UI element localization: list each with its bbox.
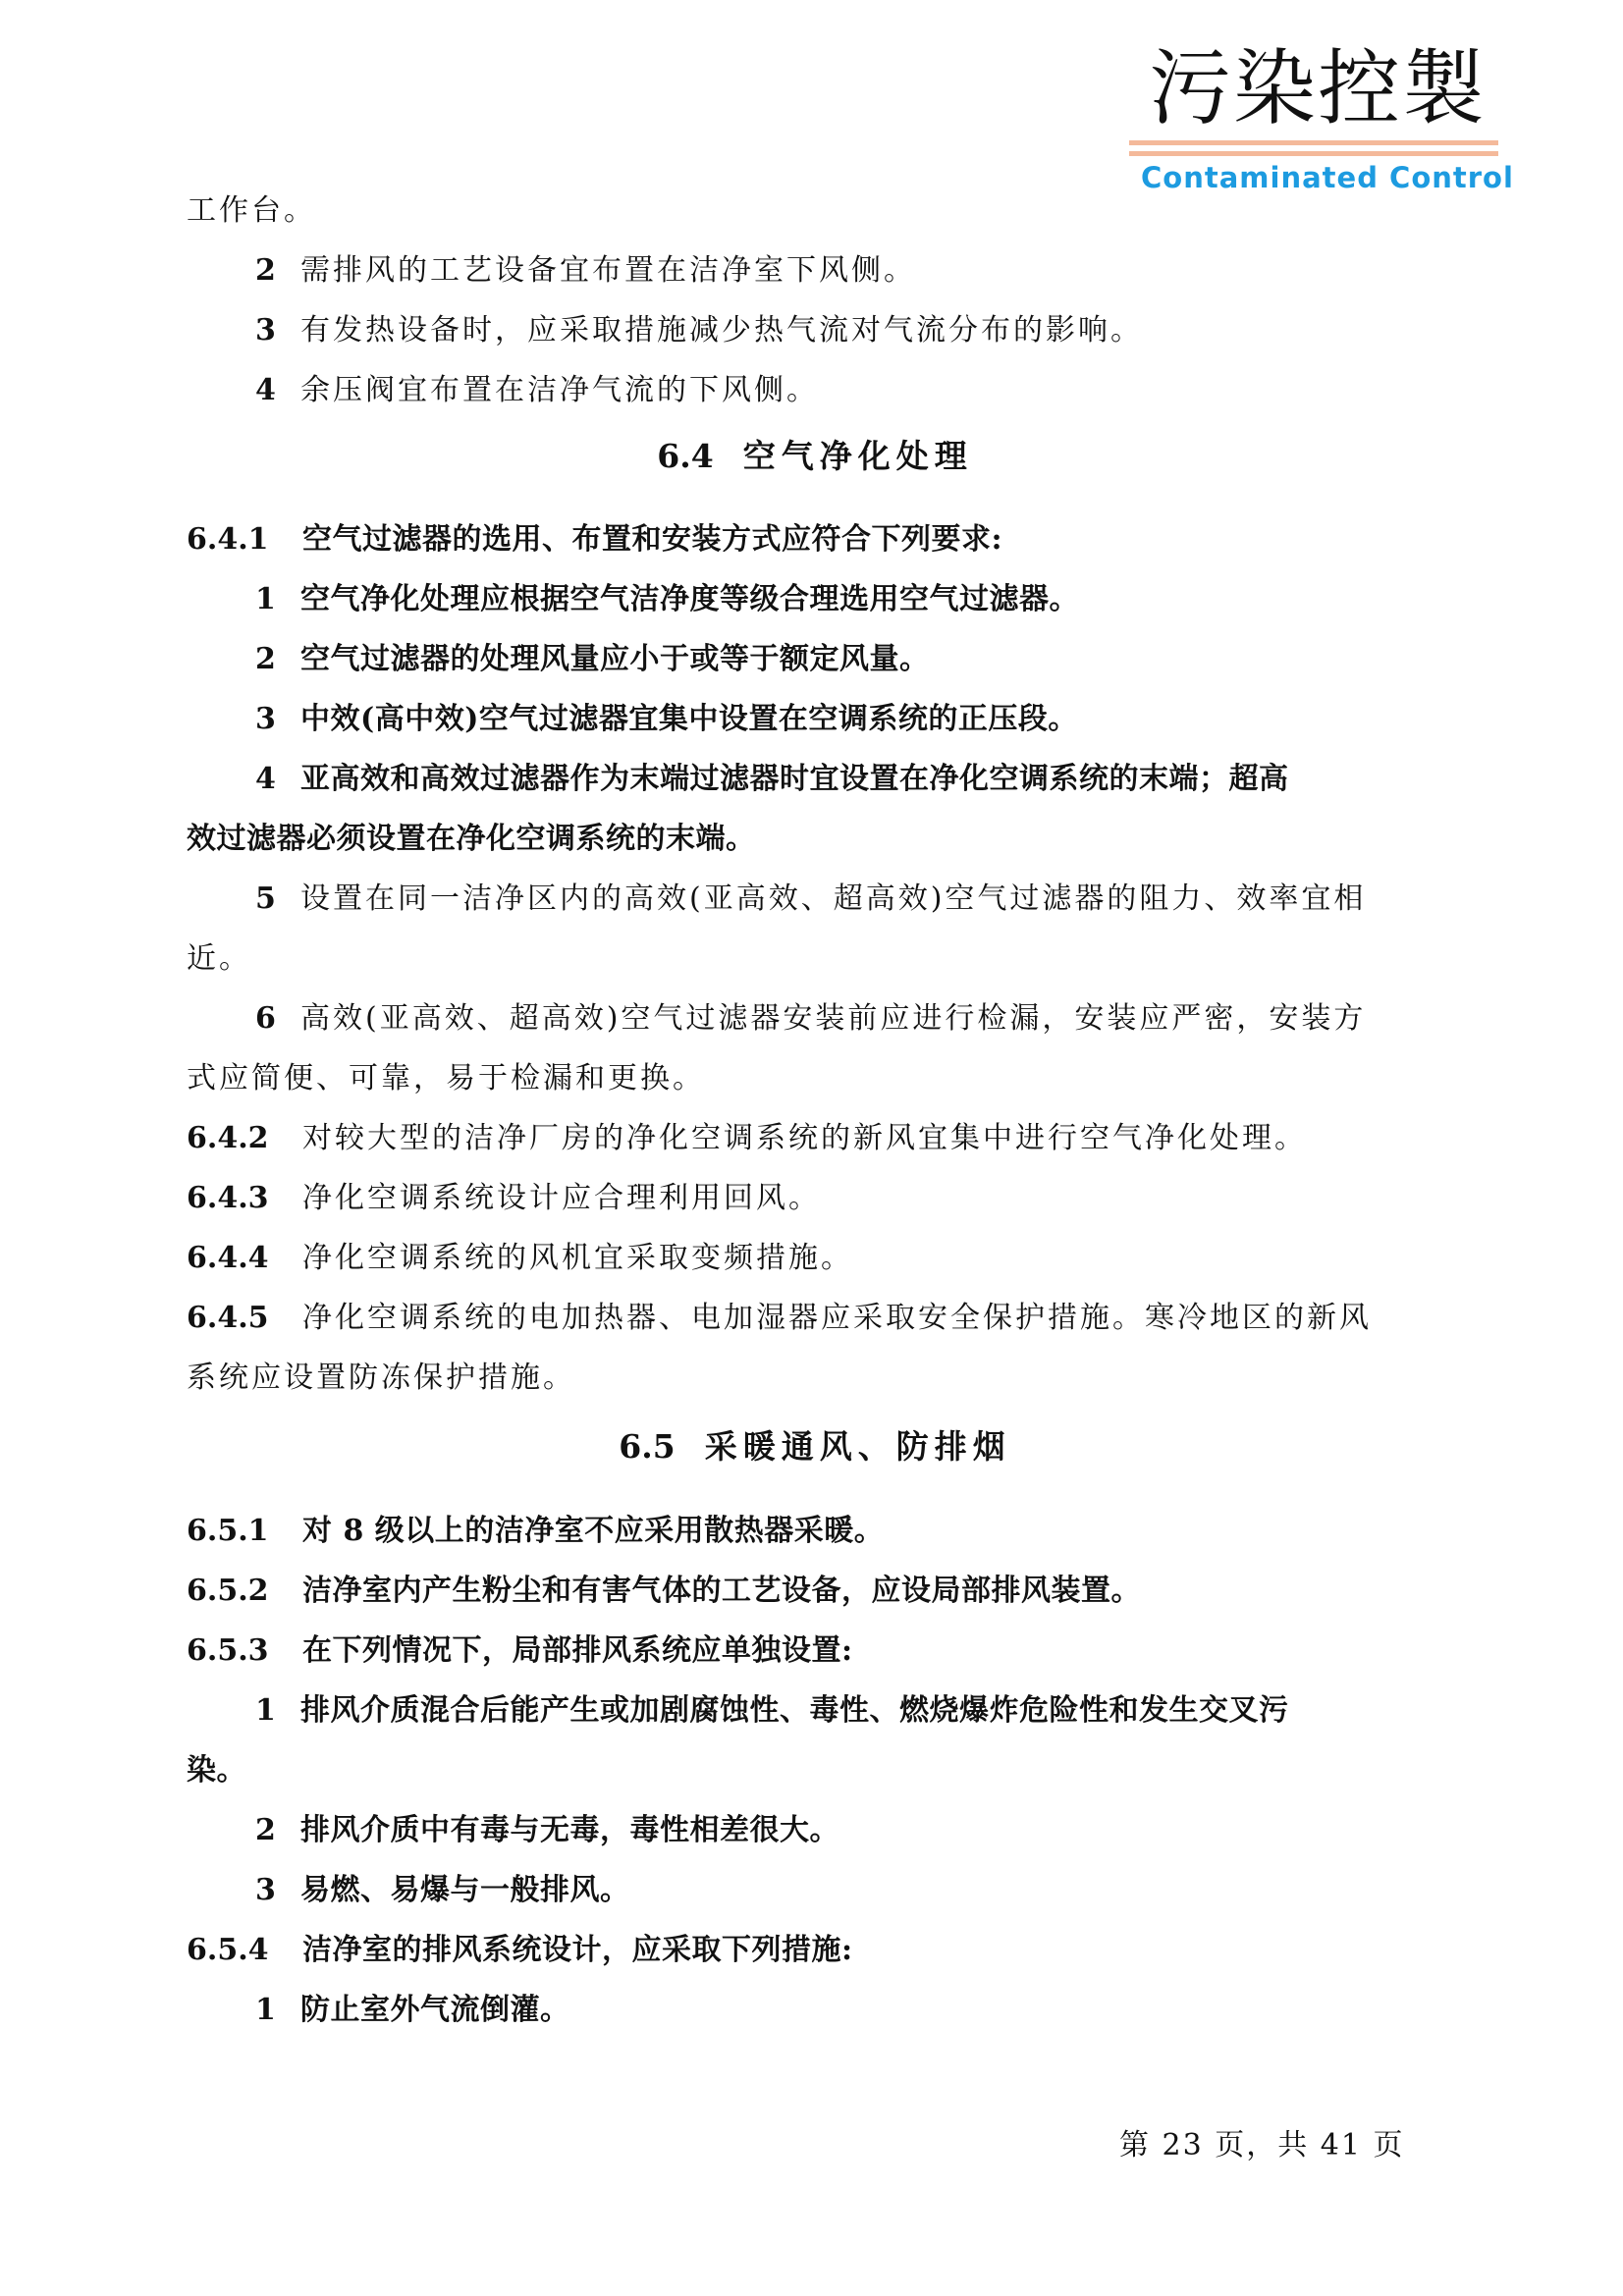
- section-number: 6.5: [619, 1427, 675, 1466]
- item-number: 2: [255, 251, 300, 291]
- item-number: 6: [255, 999, 300, 1039]
- item-text: 有发热设备时，应采取措施减少热气流对气流分布的影响。: [300, 313, 1143, 347]
- clause-number: 6.4.3: [187, 1179, 302, 1218]
- clause-6-4-5: 6.4.5净化空调系统的电加热器、电加湿器应采取安全保护措施。寒冷地区的新风: [187, 1299, 1372, 1338]
- item-number: 3: [255, 1871, 300, 1910]
- clause-text: 净化空调系统的风机宜采取变频措施。: [302, 1241, 853, 1275]
- clause-text: 净化空调系统设计应合理利用回风。: [302, 1181, 821, 1215]
- logo-english-text: Contaminated Control: [1141, 161, 1514, 194]
- clause-number: 6.5.1: [187, 1512, 302, 1551]
- item-number: 4: [255, 760, 300, 799]
- item-text: 防止室外气流倒灌。: [300, 1993, 570, 2027]
- item-number: 3: [255, 311, 300, 350]
- item-number: 1: [255, 1691, 300, 1731]
- item-number: 2: [255, 640, 300, 679]
- item-text: 设置在同一洁净区内的高效(亚高效、超高效)空气过滤器的阻力、效率宜相: [300, 881, 1366, 916]
- item-text: 中效(高中效)空气过滤器宜集中设置在空调系统的正压段。: [300, 702, 1078, 736]
- list-item: 2空气过滤器的处理风量应小于或等于额定风量。: [255, 640, 930, 679]
- list-item: 1防止室外气流倒灌。: [255, 1991, 570, 2030]
- clause-text: 对 8 级以上的洁净室不应采用散热器采暖。: [302, 1514, 884, 1548]
- item-text: 空气净化处理应根据空气洁净度等级合理选用空气过滤器。: [300, 582, 1079, 616]
- section-title: 空气净化处理: [743, 437, 973, 475]
- section-number: 6.4: [657, 437, 713, 475]
- list-item-continuation: 近。: [187, 939, 251, 979]
- clause-text: 对较大型的洁净厂房的净化空调系统的新风宜集中进行空气净化处理。: [302, 1121, 1307, 1155]
- list-item: 1空气净化处理应根据空气洁净度等级合理选用空气过滤器。: [255, 580, 1079, 619]
- item-text: 排风介质混合后能产生或加剧腐蚀性、毒性、燃烧爆炸危险性和发生交叉污: [300, 1693, 1289, 1728]
- clause-6-4-1: 6.4.1空气过滤器的选用、布置和安装方式应符合下列要求:: [187, 520, 1002, 560]
- clause-6-5-1: 6.5.1对 8 级以上的洁净室不应采用散热器采暖。: [187, 1512, 884, 1551]
- list-item: 6高效(亚高效、超高效)空气过滤器安装前应进行检漏，安装应严密，安装方: [255, 999, 1366, 1039]
- list-item: 3易燃、易爆与一般排风。: [255, 1871, 630, 1910]
- list-item: 3中效(高中效)空气过滤器宜集中设置在空调系统的正压段。: [255, 700, 1078, 739]
- item-number: 3: [255, 700, 300, 739]
- clause-text: 空气过滤器的选用、布置和安装方式应符合下列要求:: [302, 522, 1002, 557]
- item-text: 排风介质中有毒与无毒，毒性相差很大。: [300, 1813, 839, 1847]
- clause-6-5-2: 6.5.2洁净室内产生粉尘和有害气体的工艺设备，应设局部排风装置。: [187, 1572, 1141, 1611]
- item-text: 高效(亚高效、超高效)空气过滤器安装前应进行检漏，安装应严密，安装方: [300, 1001, 1366, 1036]
- section-title: 采暖通风、防排烟: [705, 1427, 1011, 1466]
- list-item: 4亚高效和高效过滤器作为末端过滤器时宜设置在净化空调系统的末端；超高: [255, 760, 1289, 799]
- section-heading-6-4: 6.4空气净化处理: [187, 435, 1443, 478]
- list-item: 1排风介质混合后能产生或加剧腐蚀性、毒性、燃烧爆炸危险性和发生交叉污: [255, 1691, 1289, 1731]
- logo-divider-line: [1129, 151, 1498, 156]
- clause-number: 6.4.2: [187, 1119, 302, 1158]
- clause-number: 6.4.5: [187, 1299, 302, 1338]
- item-number: 5: [255, 880, 300, 919]
- list-item: 3有发热设备时，应采取措施减少热气流对气流分布的影响。: [255, 311, 1143, 350]
- list-item-continuation: 效过滤器必须设置在净化空调系统的末端。: [187, 820, 756, 859]
- page-number: 第 23 页，共 41 页: [1119, 2120, 1405, 2163]
- item-text: 空气过滤器的处理风量应小于或等于额定风量。: [300, 642, 930, 676]
- list-item-continuation: 染。: [187, 1751, 246, 1790]
- clause-6-4-4: 6.4.4净化空调系统的风机宜采取变频措施。: [187, 1239, 853, 1278]
- clause-text: 在下列情况下，局部排风系统应单独设置:: [302, 1633, 853, 1668]
- clause-6-4-2: 6.4.2对较大型的洁净厂房的净化空调系统的新风宜集中进行空气净化处理。: [187, 1119, 1307, 1158]
- list-item: 2排风介质中有毒与无毒，毒性相差很大。: [255, 1811, 839, 1850]
- list-item-continuation: 式应简便、可靠，易于检漏和更换。: [187, 1059, 705, 1098]
- clause-6-4-3: 6.4.3净化空调系统设计应合理利用回风。: [187, 1179, 821, 1218]
- item-text: 亚高效和高效过滤器作为末端过滤器时宜设置在净化空调系统的末端；超高: [300, 762, 1289, 796]
- section-heading-6-5: 6.5采暖通风、防排烟: [187, 1425, 1443, 1468]
- clause-text: 净化空调系统的电加热器、电加湿器应采取安全保护措施。寒冷地区的新风: [302, 1301, 1372, 1335]
- logo: 污染控製 Contaminated Control: [1127, 39, 1510, 196]
- item-text: 余压阀宜布置在洁净气流的下风侧。: [300, 373, 819, 407]
- clause-6-5-4: 6.5.4洁净室的排风系统设计，应采取下列措施:: [187, 1931, 853, 1970]
- item-number: 2: [255, 1811, 300, 1850]
- logo-divider-line: [1129, 140, 1498, 145]
- clause-number: 6.4.1: [187, 520, 302, 560]
- logo-chinese-text: 污染控製: [1149, 39, 1487, 137]
- item-number: 1: [255, 1991, 300, 2030]
- item-number: 4: [255, 371, 300, 410]
- clause-continuation: 系统应设置防冻保护措施。: [187, 1359, 575, 1398]
- clause-text: 洁净室内产生粉尘和有害气体的工艺设备，应设局部排风装置。: [302, 1574, 1141, 1608]
- list-item: 4余压阀宜布置在洁净气流的下风侧。: [255, 371, 819, 410]
- clause-number: 6.5.4: [187, 1931, 302, 1970]
- clause-text: 洁净室的排风系统设计，应采取下列措施:: [302, 1933, 853, 1967]
- clause-number: 6.5.2: [187, 1572, 302, 1611]
- paragraph-continuation: 工作台。: [187, 191, 316, 231]
- item-text: 易燃、易爆与一般排风。: [300, 1873, 630, 1907]
- item-text: 需排风的工艺设备宜布置在洁净室下风侧。: [300, 253, 916, 288]
- clause-6-5-3: 6.5.3在下列情况下，局部排风系统应单独设置:: [187, 1631, 853, 1671]
- clause-number: 6.4.4: [187, 1239, 302, 1278]
- list-item: 2需排风的工艺设备宜布置在洁净室下风侧。: [255, 251, 916, 291]
- item-number: 1: [255, 580, 300, 619]
- clause-number: 6.5.3: [187, 1631, 302, 1671]
- list-item: 5设置在同一洁净区内的高效(亚高效、超高效)空气过滤器的阻力、效率宜相: [255, 880, 1366, 919]
